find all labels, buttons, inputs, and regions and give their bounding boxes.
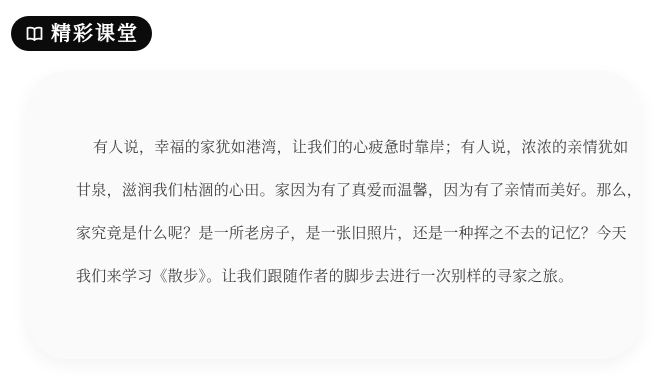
badge-label: 精彩课堂 — [51, 24, 139, 44]
paragraph-line: 我们来学习《散步》。让我们跟随作者的脚步去进行一次别样的寻家之旅。 — [76, 255, 625, 298]
content-card: 有人说，幸福的家犹如港湾，让我们的心疲惫时靠岸；有人说，浓浓的亲情犹如 甘泉，滋… — [27, 71, 641, 359]
paragraph-line: 有人说，幸福的家犹如港湾，让我们的心疲惫时靠岸；有人说，浓浓的亲情犹如 — [76, 126, 625, 169]
paragraph-line: 甘泉，滋润我们枯涸的心田。家因为有了真爱而温馨，因为有了亲情而美好。那么， — [76, 169, 625, 212]
paragraph-line: 家究竟是什么呢？是一所老房子，是一张旧照片，还是一种挥之不去的记忆？今天 — [76, 212, 625, 255]
lesson-badge: 精彩课堂 — [11, 16, 152, 51]
slide: 精彩课堂 有人说，幸福的家犹如港湾，让我们的心疲惫时靠岸；有人说，浓浓的亲情犹如… — [0, 0, 668, 376]
intro-paragraph: 有人说，幸福的家犹如港湾，让我们的心疲惫时靠岸；有人说，浓浓的亲情犹如 甘泉，滋… — [76, 126, 625, 298]
open-book-icon — [24, 25, 45, 43]
